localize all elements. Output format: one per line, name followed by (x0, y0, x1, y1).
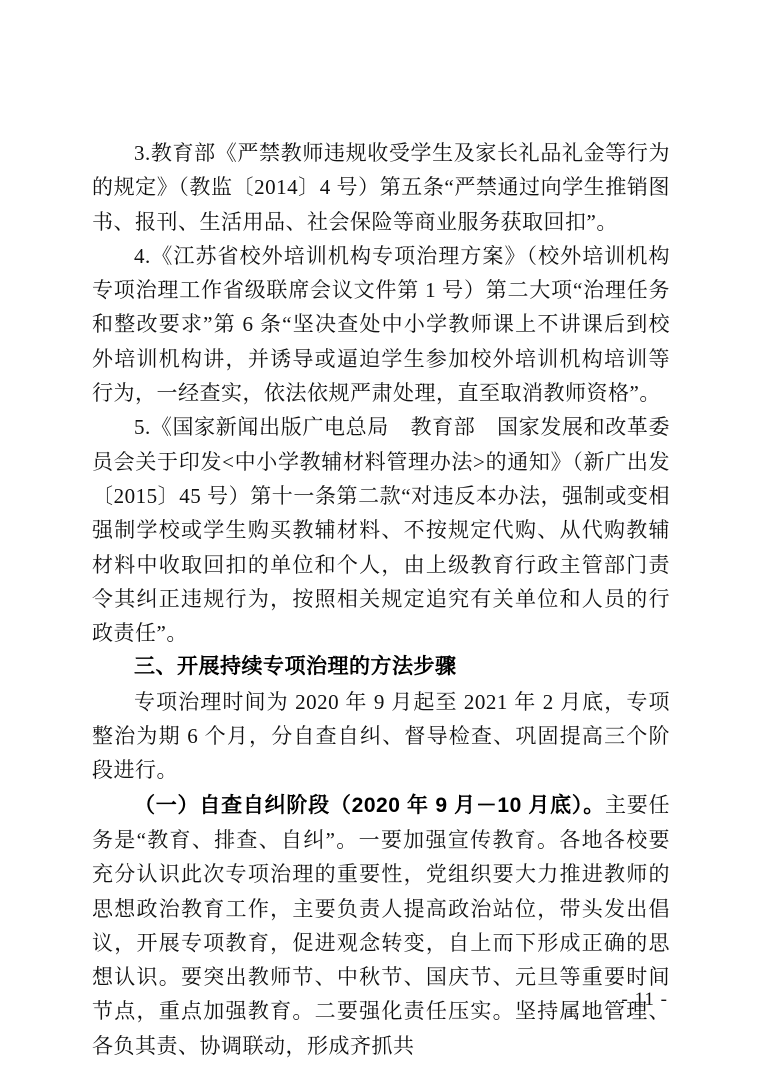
body-paragraph: 4.《江苏省校外培训机构专项治理方案》（校外培训机构专项治理工作省级联席会议文件… (92, 239, 670, 410)
page-number: - 11 - (622, 989, 668, 1011)
body-paragraph: 专项治理时间为 2020 年 9 月起至 2021 年 2 月底，专项整治为期 … (92, 685, 670, 788)
document-page: 3.教育部《严禁教师违规收受学生及家长礼品礼金等行为的规定》（教监〔2014〕4… (0, 0, 764, 1075)
body-paragraph: 5.《国家新闻出版广电总局 教育部 国家发展和改革委员会关于印发<中小学教辅材料… (92, 410, 670, 650)
text-run: 5.《国家新闻出版广电总局 教育部 国家发展和改革委员会关于印发<中小学教辅材料… (92, 415, 670, 645)
text-run: 主要任务是“教育、排查、自纠”。一要加强宣传教育。各地各校要充分认识此次专项治理… (92, 793, 670, 1058)
bold-text-run: （一）自查自纠阶段（2020 年 9 月－10 月底）。 (134, 794, 605, 817)
section-heading: 三、开展持续专项治理的方法步骤 (92, 650, 670, 684)
bold-text-run: 三、开展持续专项治理的方法步骤 (134, 655, 457, 678)
body-paragraph: 3.教育部《严禁教师违规收受学生及家长礼品礼金等行为的规定》（教监〔2014〕4… (92, 136, 670, 239)
text-run: 专项治理时间为 2020 年 9 月起至 2021 年 2 月底，专项整治为期 … (92, 690, 670, 783)
text-run: 4.《江苏省校外培训机构专项治理方案》（校外培训机构专项治理工作省级联席会议文件… (92, 244, 670, 405)
document-body: 3.教育部《严禁教师违规收受学生及家长礼品礼金等行为的规定》（教监〔2014〕4… (92, 136, 670, 1063)
text-run: 3.教育部《严禁教师违规收受学生及家长礼品礼金等行为的规定》（教监〔2014〕4… (92, 141, 670, 234)
body-paragraph: （一）自查自纠阶段（2020 年 9 月－10 月底）。主要任务是“教育、排查、… (92, 788, 670, 1063)
